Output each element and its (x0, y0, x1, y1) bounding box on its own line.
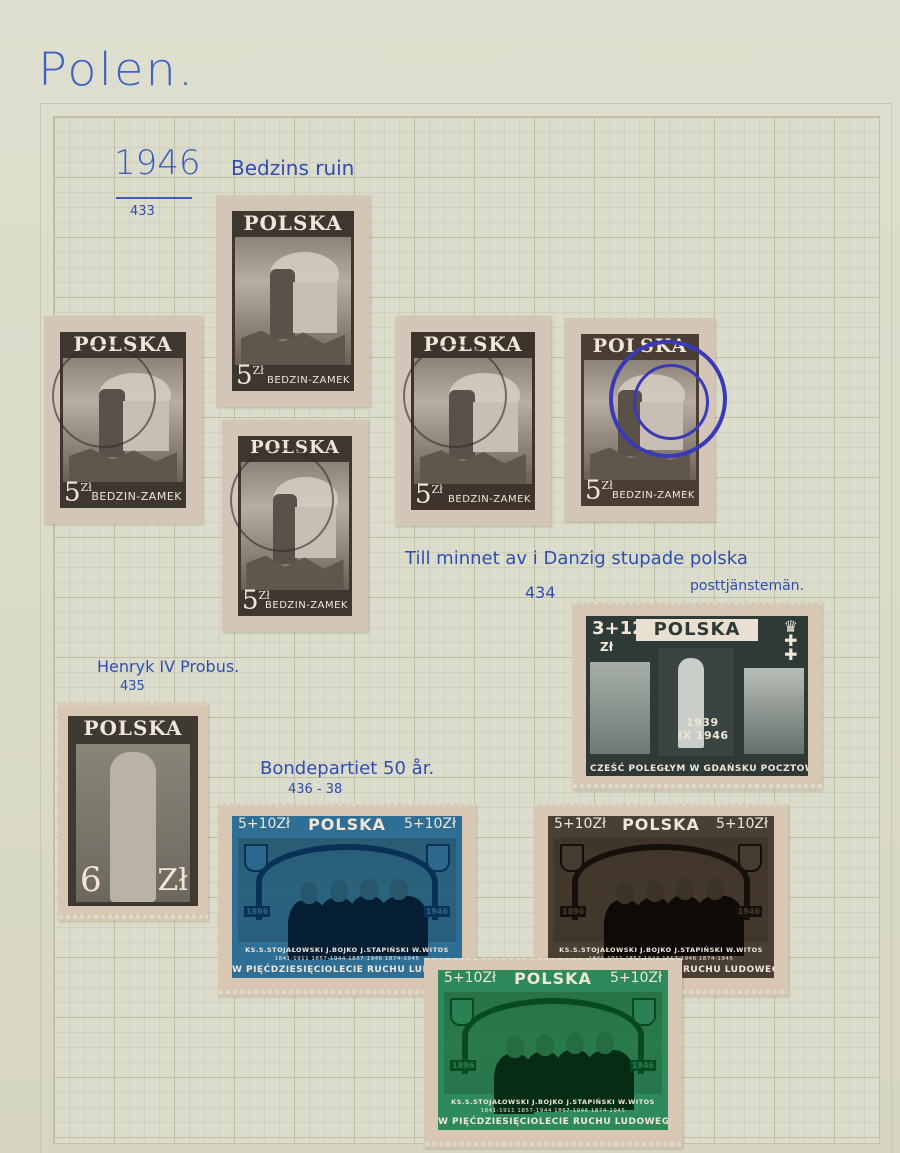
stamp-caption: BEDZIN-ZAMEK (448, 494, 531, 505)
person-head (536, 1034, 554, 1056)
stamp-design: POLSKA5ZłBEDZIN-ZAMEK (232, 211, 354, 391)
person-head (676, 878, 694, 900)
person-head (506, 1036, 524, 1058)
year-1946: 1946 (630, 1060, 656, 1071)
castle-scene (63, 358, 183, 482)
castle-tower (99, 389, 125, 457)
stamp-caption: W PIĘĆDZIESIĘCIOLECIE RUCHU LUDOWEGO (438, 1117, 668, 1127)
stamp-bedzin-castle[interactable]: POLSKA5ZłBEDZIN-ZAMEK (216, 195, 370, 407)
stamp-bedzin-castle[interactable]: POLSKA5ZłBEDZIN-ZAMEK (222, 420, 368, 632)
king-figure (110, 752, 156, 902)
stamp-design: 3+12ZłPOLSKA1939IX 1946♛✚✚CZEŚĆ POLEGŁYM… (586, 616, 808, 776)
person-head (596, 1032, 614, 1054)
stamp-design: POLSKA5ZłBEDZIN-ZAMEK (60, 332, 186, 508)
stamp-henryk-iv-probus[interactable]: POLSKA6ZłHENRYK IV PROBUSPŁYTA W KOŚCIEL… (58, 703, 208, 921)
stamp-design: 189619465+10Zł5+10ZłPOLSKAKS.S.STOJAŁOWS… (438, 970, 668, 1130)
section-label-danzig: Till minnet av i Danzig stupade polska (405, 548, 748, 569)
stamp-value: 5Zł (236, 356, 264, 391)
year-1896: 1896 (560, 906, 586, 917)
person-head (616, 882, 634, 904)
stamp-life-dates: 1841-1911 1857-1944 1867-1946 1874-1945 (438, 1108, 668, 1114)
catalog-number-435: 435 (120, 679, 145, 694)
portrait-scene: 18961946 (238, 838, 456, 942)
stamp-date-1946: IX 1946 (678, 729, 729, 742)
stamp-value-left: 5+10Zł (444, 970, 496, 986)
stamp-country: POLSKA (636, 619, 758, 641)
castle-tower (449, 390, 475, 459)
stamp-caption: BEDZIN-ZAMEK (612, 490, 695, 501)
section-label-bedzin: Bedzins ruin (231, 156, 354, 180)
stamp-caption: BEDZIN-ZAMEK (265, 600, 348, 611)
stamp-value-left: 5+10Zł (238, 816, 290, 832)
stamp-value-left: 5+10Zł (554, 816, 606, 832)
person-head (360, 878, 378, 900)
stamp-names: KS.S.STOJAŁOWSKI J.BOJKO J.STAPIŃSKI W.W… (548, 946, 774, 954)
eagle-shield-icon (244, 844, 268, 872)
page-title: Polen. (38, 43, 195, 96)
person-head (300, 882, 318, 904)
gdansk-crest-icon: ♛✚✚ (784, 620, 798, 662)
stamp-country: POLSKA (60, 332, 186, 356)
stamp-bedzin-castle[interactable]: POLSKA5ZłBEDZIN-ZAMEK (44, 316, 202, 524)
stamp-peasant-movement[interactable]: 189619465+10Zł5+10ZłPOLSKAKS.S.STOJAŁOWS… (424, 958, 682, 1148)
stamp-country: POLSKA (411, 332, 535, 356)
stamp-names: KS.S.STOJAŁOWSKI J.BOJKO J.STAPIŃSKI W.W… (232, 946, 462, 954)
stamp-value-right: 5+10Zł (716, 816, 768, 832)
stamp-country: POLSKA (232, 211, 354, 235)
stamp-country: POLSKA (581, 334, 699, 358)
castle-tower (273, 494, 297, 564)
castle-scene (241, 462, 349, 590)
castle-tower (618, 390, 643, 456)
eagle-shield-icon (560, 844, 584, 872)
stamp-value: 6 (80, 860, 102, 900)
year-1946: 1946 (736, 906, 762, 917)
castle-wall (295, 507, 336, 558)
stamp-design: POLSKA5ZłBEDZIN-ZAMEK (238, 436, 352, 616)
album-page: Polen. 1946 Bedzins ruin 433 Till minnet… (0, 0, 900, 1153)
stamp-caption: BEDZIN-ZAMEK (267, 375, 350, 386)
stamp-country: POLSKA (68, 716, 198, 740)
stamp-danzig-postal-workers[interactable]: 3+12ZłPOLSKA1939IX 1946♛✚✚CZEŚĆ POLEGŁYM… (572, 602, 822, 790)
stamp-value-right: 5+10Zł (404, 816, 456, 832)
castle-wall (473, 402, 518, 452)
catalog-number-434: 434 (525, 583, 556, 602)
catalog-number-436-38: 436 - 38 (288, 782, 342, 797)
stamp-country: POLSKA (618, 816, 704, 834)
stamp-unit: Zł (600, 640, 613, 654)
stamp-design: POLSKA6ZłHENRYK IV PROBUSPŁYTA W KOŚCIEL… (68, 716, 198, 906)
stamp-names: KS.S.STOJAŁOWSKI J.BOJKO J.STAPIŃSKI W.W… (438, 1098, 668, 1106)
person-head (646, 880, 664, 902)
section-label-danzig-line2: posttjänstemän. (690, 578, 804, 594)
person-head (706, 878, 724, 900)
stamp-design: 189619465+10Zł5+10ZłPOLSKAKS.S.STOJAŁOWS… (548, 816, 774, 978)
portrait-scene: 18961946 (444, 992, 662, 1094)
person-head (330, 880, 348, 902)
stamp-date-1939: 1939 (686, 716, 719, 729)
section-year: 1946 (114, 143, 201, 183)
stamp-country: POLSKA (508, 970, 598, 988)
stamp-design: POLSKA5ZłBEDZIN-ZAMEK (581, 334, 699, 506)
clover-shield-icon (426, 844, 450, 872)
section-label-henryk: Henryk IV Probus. (97, 657, 239, 676)
clover-shield-icon (632, 998, 656, 1026)
year-1896: 1896 (450, 1060, 476, 1071)
stamp-design: 189619465+10Zł5+10ZłPOLSKAKS.S.STOJAŁOWS… (232, 816, 462, 978)
stamp-unit: Zł (157, 863, 188, 898)
stamp-bedzin-castle[interactable]: POLSKA5ZłBEDZIN-ZAMEK (395, 316, 551, 526)
stamp-value: 5Zł (585, 471, 613, 506)
stamp-value: 5Zł (64, 473, 92, 508)
year-1946: 1946 (424, 906, 450, 917)
catalog-number-433: 433 (130, 204, 155, 219)
stamp-country: POLSKA (238, 436, 352, 460)
castle-wall (293, 282, 337, 333)
stamp-design: POLSKA5ZłBEDZIN-ZAMEK (411, 332, 535, 510)
clover-shield-icon (738, 844, 762, 872)
castle-wall (640, 402, 683, 450)
stamp-country: POLSKA (302, 816, 392, 834)
castle-wall (123, 401, 169, 451)
stamp-bedzin-castle[interactable]: POLSKA5ZłBEDZIN-ZAMEK (565, 318, 715, 522)
section-label-bondepartiet: Bondepartiet 50 år. (260, 758, 434, 779)
castle-scene (584, 360, 696, 480)
castle-tower (270, 269, 296, 339)
stamp-caption: BEDZIN-ZAMEK (91, 490, 182, 503)
person-head (566, 1032, 584, 1054)
year-1896: 1896 (244, 906, 270, 917)
eagle-shield-icon (450, 998, 474, 1026)
stamp-value-right: 5+10Zł (610, 970, 662, 986)
castle-scene (235, 237, 351, 365)
castle-scene (414, 358, 532, 484)
year-underline (116, 197, 192, 199)
portrait-scene: 18961946 (554, 838, 768, 942)
crane-scene (590, 662, 650, 754)
person-head (390, 878, 408, 900)
stamp-caption: CZEŚĆ POLEGŁYM W GDAŃSKU POCZTOWCOM ! (590, 764, 804, 774)
stamp-value: 5Zł (415, 475, 443, 510)
crane-gate-scene (744, 668, 804, 754)
